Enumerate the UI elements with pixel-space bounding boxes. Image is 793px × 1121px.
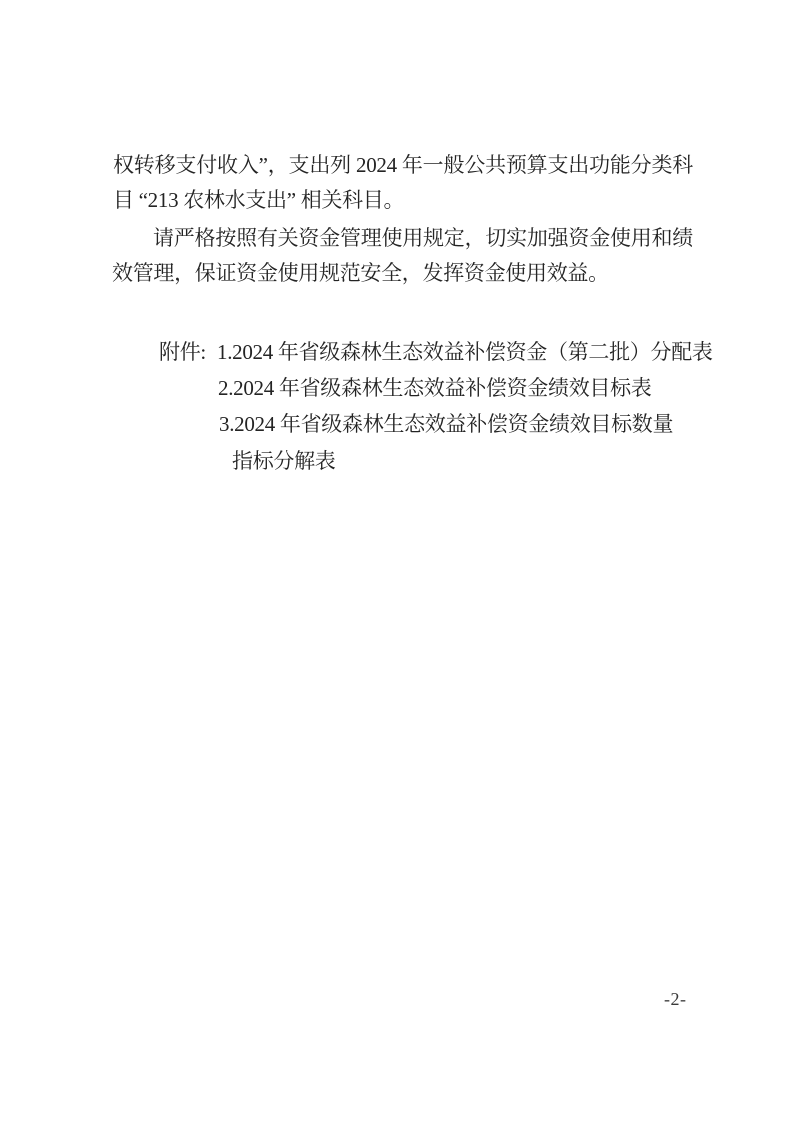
paragraph-2-line-2: 效管理，保证资金使用规范安全，发挥资金使用效益。 [112,261,609,285]
paragraph-1-line-2: 目 “213 农林水支出” 相关科目。 [113,188,404,212]
paragraph-2-line-1: 请严格按照有关资金管理使用规定，切实加强资金使用和绩 [153,226,693,250]
attachments-label: 附件: [159,340,206,364]
attachment-item-2: 2.2024 年省级森林生态效益补偿资金绩效目标表 [218,376,652,400]
attachment-item-3-line-1: 3.2024 年省级森林生态效益补偿资金绩效目标数量 [219,412,673,436]
attachment-item-1: 1.2024 年省级森林生态效益补偿资金（第二批）分配表 [217,340,713,364]
paragraph-1-line-1: 权转移支付收入”，支出列 2024 年一般公共预算支出功能分类科 [113,153,693,177]
page-number: -2- [664,989,687,1010]
attachment-item-3-line-2: 指标分解表 [232,449,336,473]
document-page: 权转移支付收入”，支出列 2024 年一般公共预算支出功能分类科 目 “213 … [0,0,793,1121]
